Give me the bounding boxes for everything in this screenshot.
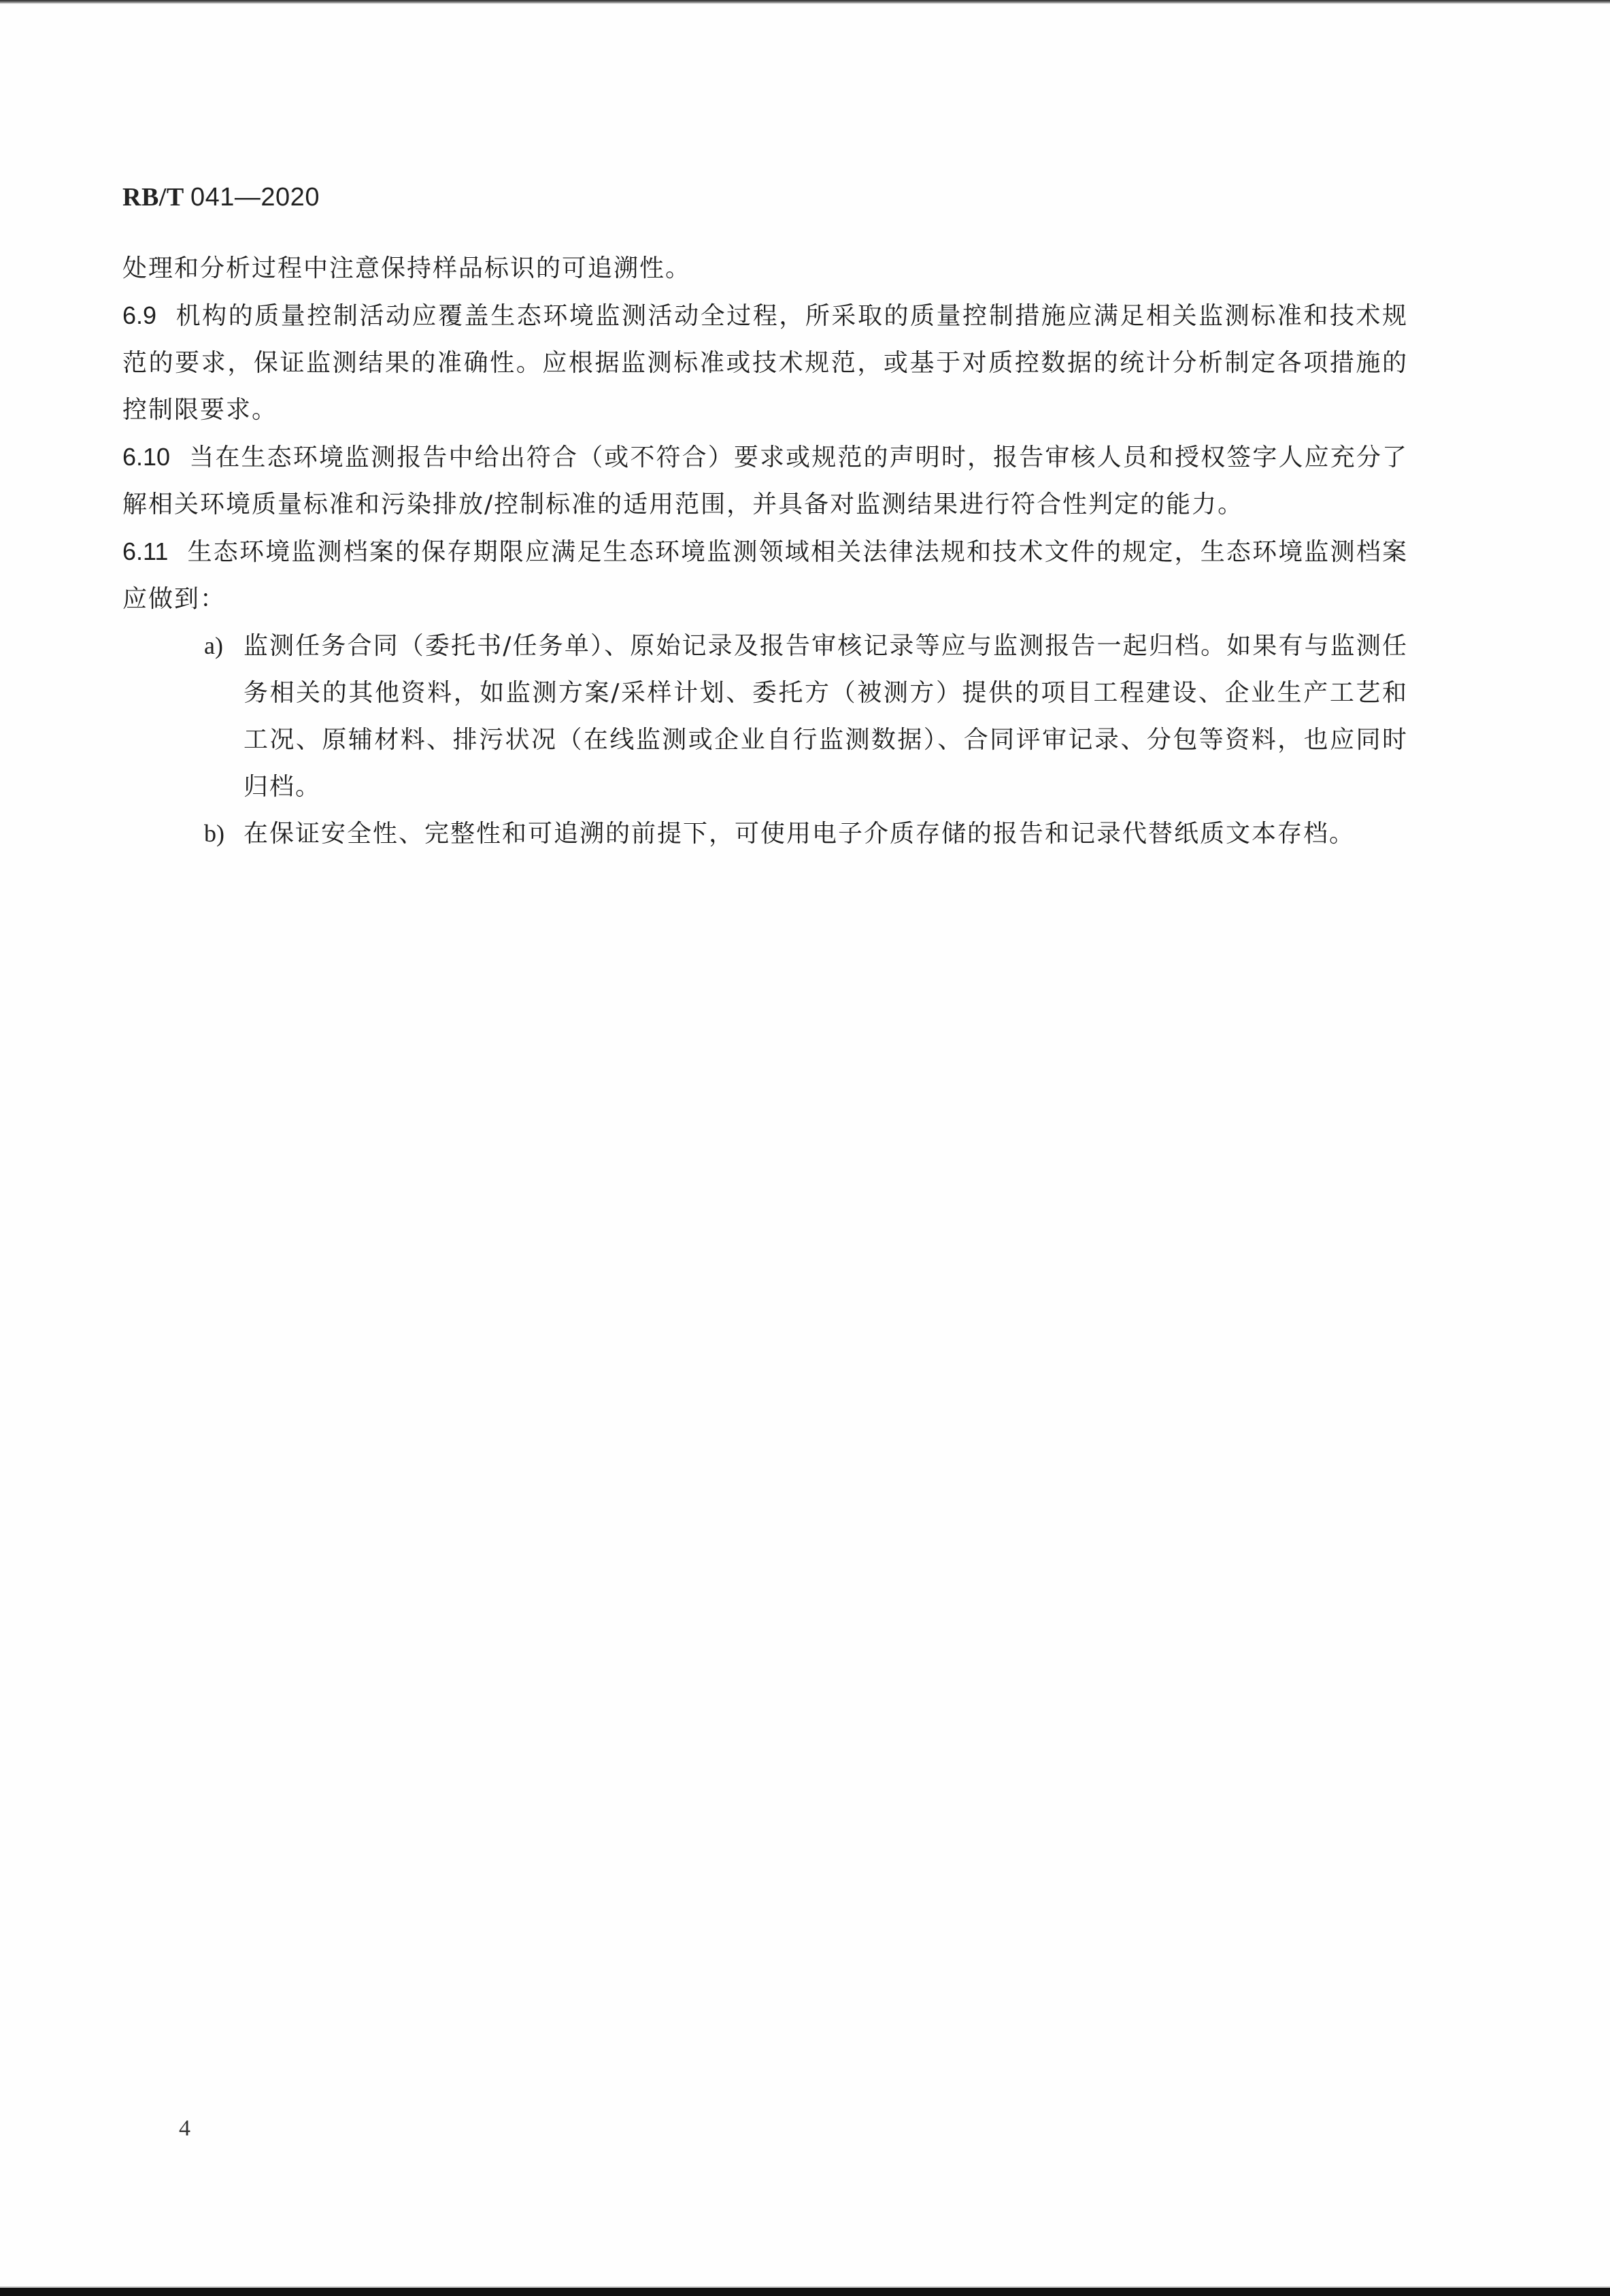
page-number: 4 xyxy=(179,2116,190,2142)
clause-text: 当在生态环境监测报告中给出符合（或不符合）要求或规范的声明时，报告审核人员和授权… xyxy=(122,444,1408,518)
scan-edge-top xyxy=(0,0,1610,4)
list-marker: a) xyxy=(204,622,223,669)
clause-text: 机构的质量控制活动应覆盖生态环境监测活动全过程，所采取的质量控制措施应满足相关监… xyxy=(122,302,1408,424)
clause-text: 生态环境监测档案的保存期限应满足生态环境监测领域相关法律法规和技术文件的规定，生… xyxy=(122,538,1408,613)
standard-number: 041—2020 xyxy=(190,183,320,212)
document-body: 处理和分析过程中注意保持样品标识的可追溯性。 6.9机构的质量控制活动应覆盖生态… xyxy=(122,245,1408,857)
list-item-a: a) 监测任务合同（委托书/任务单）、原始记录及报告审核记录等应与监测报告一起归… xyxy=(122,622,1408,810)
clause-6-10: 6.10当在生态环境监测报告中给出符合（或不符合）要求或规范的声明时，报告审核人… xyxy=(122,433,1408,528)
clause-6-9: 6.9机构的质量控制活动应覆盖生态环境监测活动全过程，所采取的质量控制措施应满足… xyxy=(122,292,1408,433)
list-item-text: 在保证安全性、完整性和可追溯的前提下，可使用电子介质存储的报告和记录代替纸质文本… xyxy=(244,820,1355,848)
standard-prefix: RB/T xyxy=(122,183,184,212)
archive-requirements-list: a) 监测任务合同（委托书/任务单）、原始记录及报告审核记录等应与监测报告一起归… xyxy=(122,622,1408,857)
continuation-paragraph: 处理和分析过程中注意保持样品标识的可追溯性。 xyxy=(122,245,1408,292)
standard-code-header: RB/T 041—2020 xyxy=(122,182,320,212)
list-item-text: 监测任务合同（委托书/任务单）、原始记录及报告审核记录等应与监测报告一起归档。如… xyxy=(244,632,1408,801)
clause-number: 6.9 xyxy=(122,292,156,339)
clause-number: 6.11 xyxy=(122,528,168,575)
clause-number: 6.10 xyxy=(122,433,170,480)
list-marker: b) xyxy=(204,810,224,857)
clause-6-11: 6.11生态环境监测档案的保存期限应满足生态环境监测领域相关法律法规和技术文件的… xyxy=(122,528,1408,622)
scan-edge-bottom xyxy=(0,2286,1610,2296)
list-item-b: b) 在保证安全性、完整性和可追溯的前提下，可使用电子介质存储的报告和记录代替纸… xyxy=(122,810,1408,857)
